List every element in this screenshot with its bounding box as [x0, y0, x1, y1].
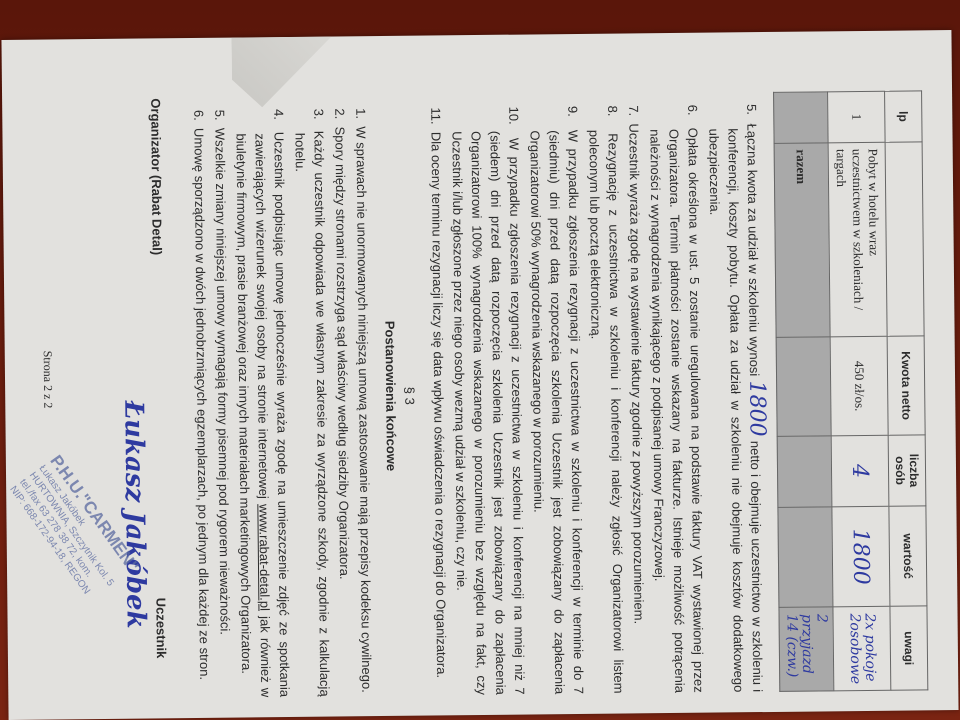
total-lp: [774, 92, 829, 143]
header-name: [885, 142, 924, 337]
clause-text: Każdy uczestnik odpowiada we własnym zak…: [292, 131, 332, 697]
section-3-mark: § 3: [399, 96, 420, 696]
clause-text: Uczestnik wyraża zgodę na wystawienie fa…: [626, 123, 646, 624]
clause-item: 9. W przypadku zgłoszenia rezygnacji z u…: [525, 130, 588, 695]
cell-count: 4: [831, 435, 889, 507]
clause-number: 7.: [626, 105, 641, 123]
document-page: lp Kwota netto liczba osób wartość uwagi…: [1, 30, 958, 720]
organizer-signature-label: Organizator (Rabat Detal): [148, 98, 165, 255]
cell-value: 1800: [832, 506, 890, 607]
clause-text: Opłata określona w ust. 5 zostanie uregu…: [647, 128, 706, 693]
clause-number: 1.: [353, 108, 368, 126]
clause-number: 6.: [191, 110, 206, 128]
header-lp: lp: [885, 91, 923, 142]
clause-text: Spory między stronami rozstrzyga sąd wła…: [332, 126, 352, 579]
header-value: wartość: [889, 506, 927, 607]
table-row: 1 Pobyt w hotelu wraz uczestnictwem w sz…: [828, 91, 891, 691]
cost-table: lp Kwota netto liczba osób wartość uwagi…: [773, 90, 928, 692]
cell-name: Pobyt w hotelu wraz uczestnictwem w szko…: [828, 142, 887, 337]
header-amount: Kwota netto: [887, 336, 925, 435]
clause-item: 1. W sprawach nie unormowanych niniejszą…: [351, 132, 376, 696]
total-row: razem 2 przyjazd 14 (czw.): [774, 92, 834, 692]
total-amount: [776, 337, 831, 436]
table-header-row: lp Kwota netto liczba osób wartość uwagi: [885, 91, 928, 690]
total-note: 2 przyjazd 14 (czw.): [779, 607, 834, 691]
clause-number: 10.: [506, 107, 521, 138]
clause-text: Wszelkie zmiany niniejszej umowy wymagaj…: [212, 128, 232, 635]
clause-text: Łączna kwota za udział w szkoleniu wynos…: [744, 124, 762, 381]
clause-number: 2.: [332, 108, 347, 126]
clause-item: 6. Opłata określona w ust. 5 zostanie ur…: [645, 129, 708, 694]
clause-text: Dla oceny terminu rezygnacji liczy się d…: [428, 132, 449, 678]
clause-text: Rezygnację z uczestnictwa w szkoleniu i …: [586, 130, 626, 694]
total-value: [778, 507, 833, 608]
section-3-title: Postanowienia końcowe: [380, 96, 401, 696]
clause-number: 9.: [565, 106, 580, 130]
clause-number: 4.: [271, 109, 286, 132]
header-count: liczba osób: [888, 435, 926, 506]
clause-text: W przypadku zgłoszenia rezygnacji z ucze…: [449, 131, 527, 695]
clause-number: 3.: [311, 109, 326, 131]
clause-number: 11.: [428, 107, 443, 131]
clause-number: 8.: [605, 106, 620, 134]
handwritten-amount: 1800: [744, 380, 770, 436]
clauses-section-3: 1. W sprawach nie unormowanych niniejszą…: [189, 96, 376, 698]
clause-text: W sprawach nie unormowanych niniejszą um…: [353, 126, 374, 693]
header-notes: uwagi: [890, 606, 928, 690]
total-count: [777, 436, 832, 508]
clause-item: 5. Łączna kwota za udział w szkoleniu wy…: [704, 128, 769, 693]
clause-number: 5.: [212, 110, 227, 128]
signatures-area: Organizator (Rabat Detal) Uczestnik Łuka…: [43, 98, 169, 699]
total-label: razem: [774, 143, 830, 338]
website-link[interactable]: www.rabat-detal.pl: [256, 504, 272, 611]
clause-number: 6.: [685, 105, 700, 128]
clause-item: 10. W przypadku zgłoszenia rezygnacji z …: [447, 131, 529, 696]
cell-amount: 450 zł/os.: [830, 336, 888, 435]
clause-item: 8. Rezygnację z uczestnictwa w szkoleniu…: [584, 129, 628, 693]
clause-number: 5.: [744, 104, 759, 124]
clause-text: Umowę sporządzono w dwóch jednobrzmiącyc…: [191, 128, 212, 680]
clauses-section-2: 5. Łączna kwota za udział w szkoleniu wy…: [426, 92, 769, 695]
clause-item: 4. Uczestnik podpisując umowę jednocześn…: [231, 133, 294, 698]
company-stamp: P.H.U."CARMEN" Łukasz Jakóbek HURTOWNIA,…: [7, 452, 202, 687]
clause-item: 3. Każdy uczestnik odpowiada we własnym …: [290, 133, 334, 697]
clause-text: W przypadku zgłoszenia rezygnacji z ucze…: [527, 130, 586, 694]
cell-notes: 2x pokoje 2osobowe: [833, 607, 891, 691]
cell-lp: 1: [828, 91, 886, 142]
